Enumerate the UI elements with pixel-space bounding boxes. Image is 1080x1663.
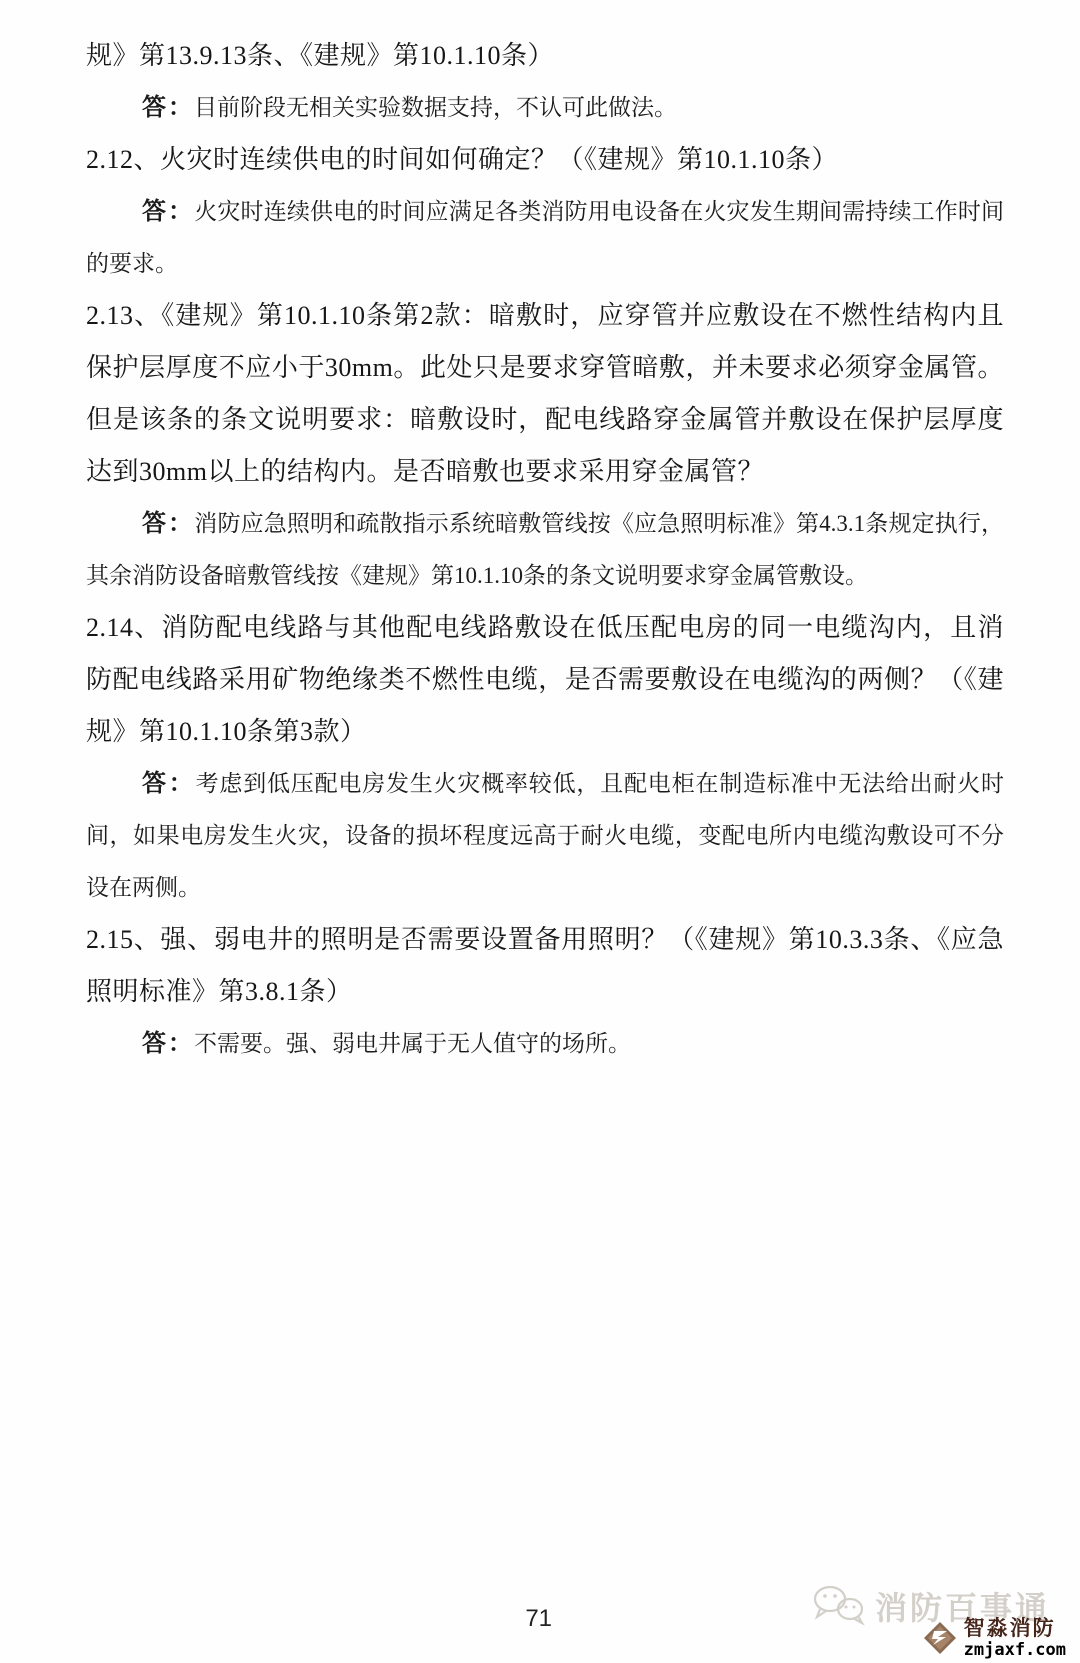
brand-site: zmjaxf.com [964, 1641, 1066, 1660]
page-number: 71 [525, 1605, 552, 1633]
question: 2.15、强、弱电井的照明是否需要设置备用照明？（《建规》第10.3.3条、《应… [86, 914, 1004, 1018]
answer: 答：火灾时连续供电的时间应满足各类消防用电设备在火灾发生期间需持续工作时间的要求… [86, 186, 1004, 290]
answer-label: 答： [142, 1031, 194, 1057]
answer-label: 答： [142, 199, 194, 225]
question: 2.14、消防配电线路与其他配电线路敷设在低压配电房的同一电缆沟内，且消防配电线… [86, 602, 1004, 758]
document-page: 规》第13.9.13条、《建规》第10.1.10条）答：目前阶段无相关实验数据支… [0, 0, 1080, 1663]
brand-name: 智淼消防 [964, 1617, 1066, 1641]
answer-label: 答： [142, 95, 194, 121]
question-continuation: 规》第13.9.13条、《建规》第10.1.10条） [86, 30, 1004, 82]
wechat-icon [811, 1584, 867, 1628]
question: 2.13、《建规》第10.1.10条第2款：暗敷时，应穿管并应敷设在不燃性结构内… [86, 290, 1004, 498]
document-body: 规》第13.9.13条、《建规》第10.1.10条）答：目前阶段无相关实验数据支… [86, 30, 1004, 1070]
answer: 答：考虑到低压配电房发生火灾概率较低，且配电柜在制造标准中无法给出耐火时间，如果… [86, 758, 1004, 914]
zhimiao-diamond-icon [921, 1619, 959, 1657]
answer-label: 答： [142, 511, 194, 537]
question: 2.12、火灾时连续供电的时间如何确定？（《建规》第10.1.10条） [86, 134, 1004, 186]
answer-label: 答： [142, 771, 196, 797]
zhimiao-logo: 智淼消防 zmjaxf.com [921, 1617, 1066, 1660]
answer: 答：消防应急照明和疏散指示系统暗敷管线按《应急照明标准》第4.3.1条规定执行，… [86, 498, 1004, 602]
answer: 答：不需要。强、弱电井属于无人值守的场所。 [86, 1018, 1004, 1070]
answer: 答：目前阶段无相关实验数据支持，不认可此做法。 [86, 82, 1004, 134]
